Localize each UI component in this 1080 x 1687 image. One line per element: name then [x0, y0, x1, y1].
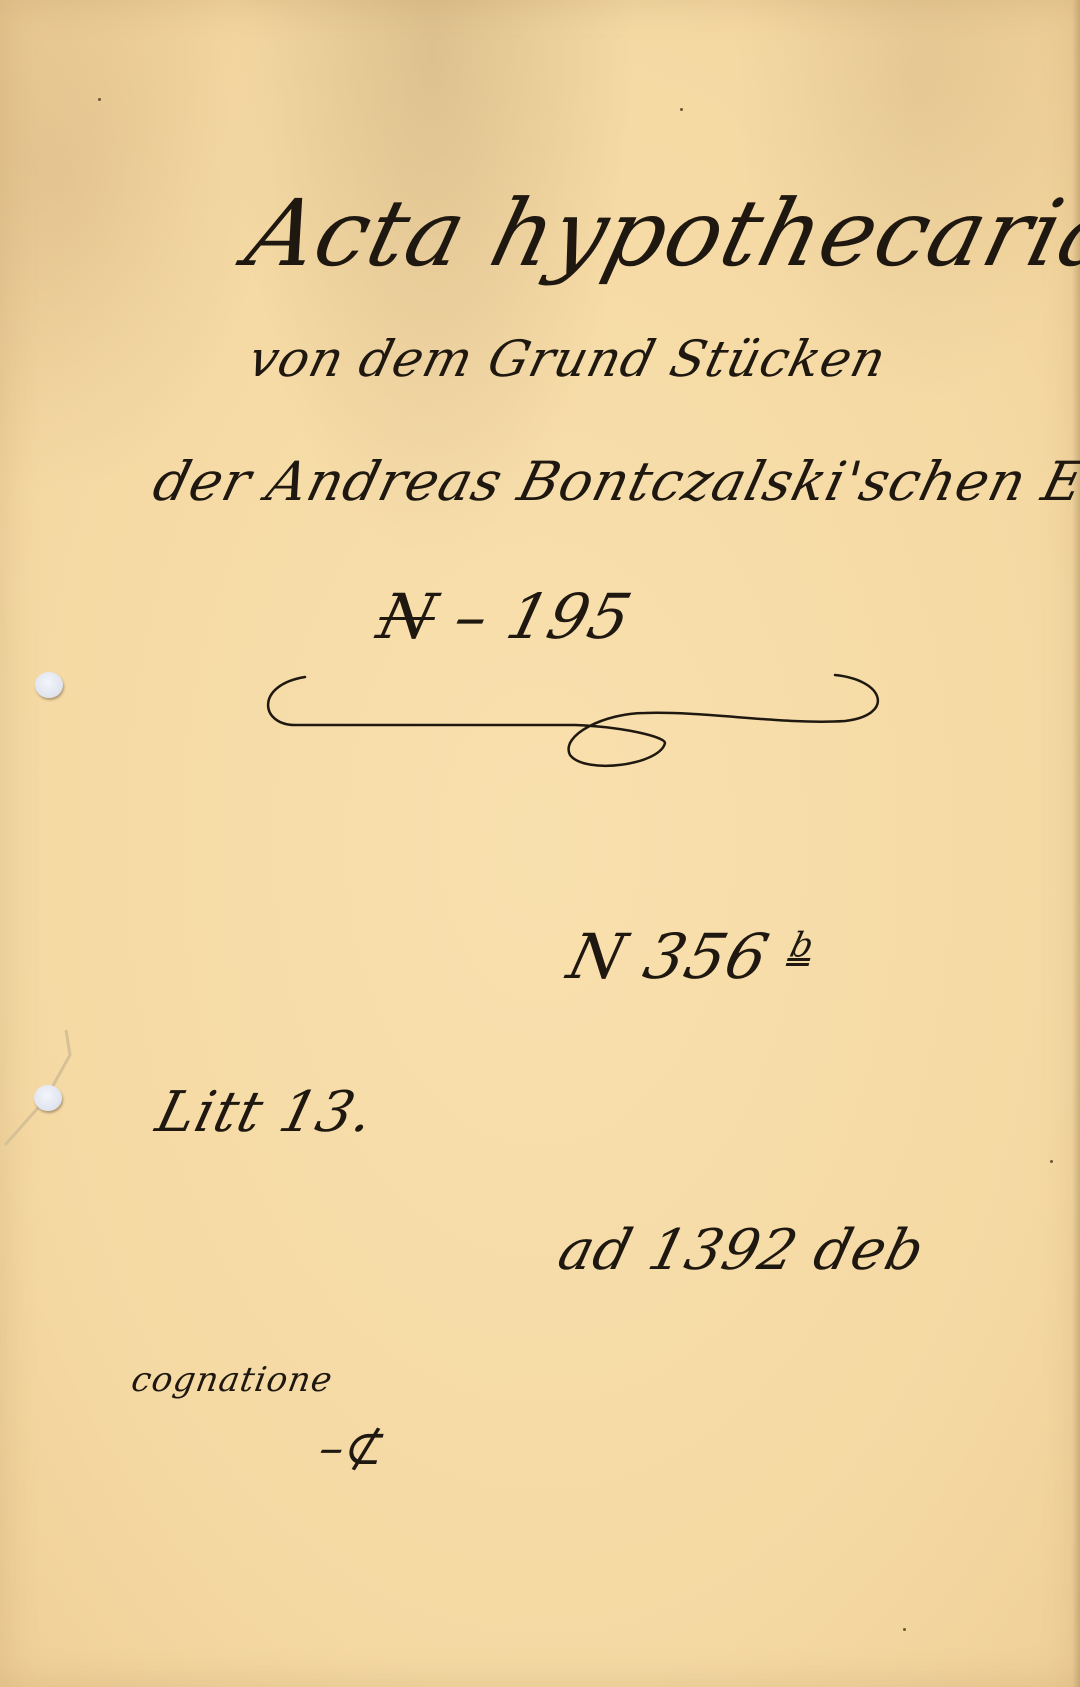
ink-speck: [98, 98, 101, 101]
ad-note: ad 1392 deb: [552, 1218, 931, 1283]
document-title: Acta hypothecaria: [237, 180, 1080, 287]
decorative-flourish: [265, 665, 895, 770]
file-number-line: N – 195: [371, 580, 639, 653]
reference-value: 356: [637, 920, 777, 993]
reference-suffix: b: [786, 925, 819, 965]
struck-prefix: N: [371, 580, 444, 653]
litt-label: Litt 13.: [150, 1080, 381, 1145]
file-number: 195: [500, 580, 640, 653]
punch-hole-bottom: [34, 1085, 62, 1111]
ink-speck: [680, 108, 683, 111]
ink-speck: [903, 1628, 906, 1631]
document-page: Acta hypothecaria von dem Grund Stücken …: [0, 0, 1080, 1687]
cognatione-note: cognatione: [128, 1360, 336, 1400]
mark-symbol: –⊄: [313, 1420, 393, 1476]
ink-speck: [1050, 1160, 1053, 1163]
reference-number: N 356 b: [561, 920, 820, 993]
subtitle-line-2: der Andreas Bontczalski'schen Erben: [147, 450, 1080, 513]
reference-prefix: N: [561, 920, 634, 993]
punch-hole-top: [35, 672, 63, 698]
subtitle-line-1: von dem Grund Stücken: [243, 330, 893, 388]
